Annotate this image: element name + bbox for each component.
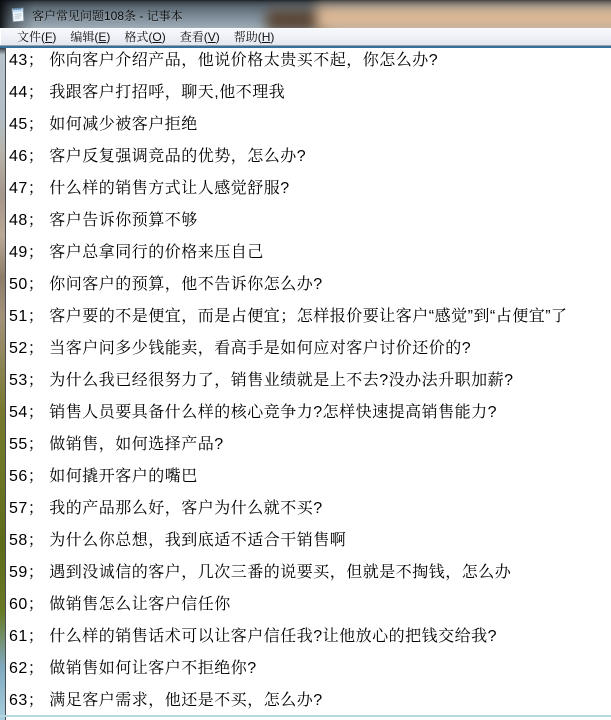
window-left-border bbox=[0, 48, 6, 720]
menu-item-label: 帮助( bbox=[234, 30, 262, 44]
text-line: 56； 如何撬开客户的嘴巴 bbox=[9, 469, 611, 485]
menu-item-mnemonic: V bbox=[208, 30, 216, 44]
text-line: 63； 满足客户需求，他还是不买，怎么办? bbox=[9, 693, 611, 709]
menu-item-label-close: ) bbox=[52, 30, 56, 44]
text-line: 57； 我的产品那么好，客户为什么就不买? bbox=[9, 501, 611, 517]
notepad-icon[interactable] bbox=[10, 6, 26, 23]
menu-item-label-close: ) bbox=[216, 30, 220, 44]
menu-item[interactable]: 帮助(H) bbox=[227, 27, 282, 47]
text-line: 43； 你向客户介绍产品，他说价格太贵买不起，你怎么办? bbox=[9, 53, 611, 69]
menu-item-label: 格式( bbox=[124, 30, 152, 44]
window-bottom-border bbox=[0, 715, 611, 717]
menu-item[interactable]: 编辑(E) bbox=[63, 27, 117, 47]
menu-item-label: 文件( bbox=[17, 30, 45, 44]
notepad-window: 客户常见问题108条 - 记事本 文件(F) 编辑(E) 格式(O) 查看(V)… bbox=[0, 0, 611, 720]
menu-item-mnemonic: O bbox=[152, 30, 161, 44]
menu-item[interactable]: 格式(O) bbox=[117, 27, 172, 47]
text-line: 45； 如何减少被客户拒绝 bbox=[9, 117, 611, 133]
titlebar[interactable]: 客户常见问题108条 - 记事本 bbox=[0, 0, 611, 28]
menu-item-label-close: ) bbox=[162, 30, 166, 44]
menu-item[interactable]: 查看(V) bbox=[173, 27, 227, 47]
text-line: 50； 你问客户的预算，他不告诉你怎么办? bbox=[9, 277, 611, 293]
text-line: 53； 为什么我已经很努力了，销售业绩就是上不去?没办法升职加薪? bbox=[9, 373, 611, 389]
text-line: 48； 客户告诉你预算不够 bbox=[9, 213, 611, 229]
text-line: 62； 做销售如何让客户不拒绝你? bbox=[9, 661, 611, 677]
redaction-blur-tan bbox=[316, 5, 611, 28]
text-line: 52； 当客户问多少钱能卖，看高手是如何应对客户讨价还价的? bbox=[9, 341, 611, 357]
text-line: 59； 遇到没诚信的客户，几次三番的说要买，但就是不掏钱，怎么办 bbox=[9, 565, 611, 581]
menu-item-label: 编辑( bbox=[70, 30, 98, 44]
text-line: 61； 什么样的销售话术可以让客户信任我?让他放心的把钱交给我? bbox=[9, 629, 611, 645]
text-line: 54； 销售人员要具备什么样的核心竞争力?怎样快速提高销售能力? bbox=[9, 405, 611, 421]
text-editor-area[interactable]: 43； 你向客户介绍产品，他说价格太贵买不起，你怎么办? 44； 我跟客户打招呼… bbox=[7, 48, 611, 715]
text-line: 60； 做销售怎么让客户信任你 bbox=[9, 597, 611, 613]
text-line: 44； 我跟客户打招呼，聊天,他不理我 bbox=[9, 85, 611, 101]
text-line: 55； 做销售，如何选择产品? bbox=[9, 437, 611, 453]
menu-item-label-close: ) bbox=[106, 30, 110, 44]
window-title: 客户常见问题108条 - 记事本 bbox=[32, 7, 183, 24]
text-line: 47； 什么样的销售方式让人感觉舒服? bbox=[9, 181, 611, 197]
text-line: 49； 客户总拿同行的价格来压自己 bbox=[9, 245, 611, 261]
text-line: 46； 客户反复强调竞品的优势，怎么办? bbox=[9, 149, 611, 165]
menu-item-label-close: ) bbox=[270, 30, 274, 44]
menu-item-label: 查看( bbox=[180, 30, 208, 44]
menubar: 文件(F) 编辑(E) 格式(O) 查看(V) 帮助(H) bbox=[1, 28, 611, 45]
menu-item[interactable]: 文件(F) bbox=[10, 27, 63, 47]
text-line: 51； 客户要的不是便宜，而是占便宜；怎样报价要让客户“感觉”到“占便宜”了 bbox=[9, 309, 611, 325]
text-line: 58； 为什么你总想，我到底适不适合干销售啊 bbox=[9, 533, 611, 549]
